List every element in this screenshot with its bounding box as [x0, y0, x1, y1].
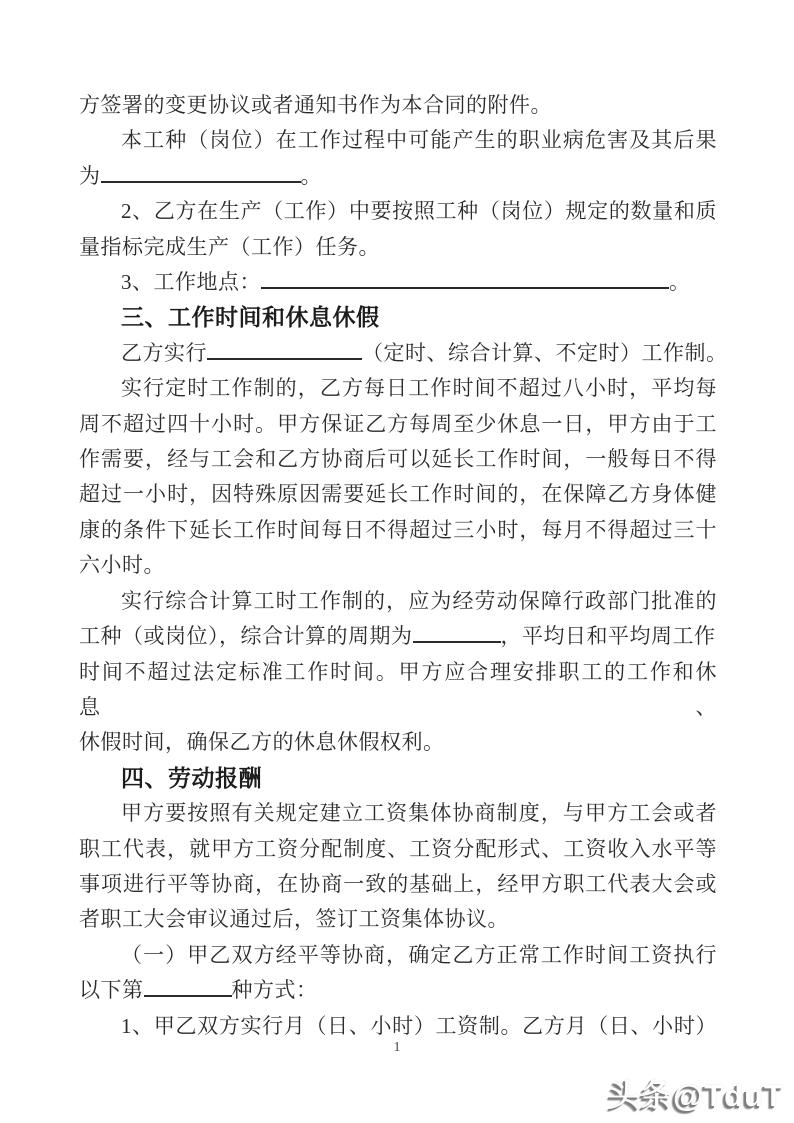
text-line: 周不超过四十小时。甲方保证乙方每周至少休息一日，甲方由于工 [79, 407, 717, 442]
page-number: 1 [0, 1040, 794, 1056]
text-line: 1、甲乙双方实行月（日、小时）工资制。乙方月（日、小时） [79, 1009, 717, 1044]
text-line: 3、工作地点：。 [79, 265, 717, 300]
text-segment: 超过一小时，因特殊原因需要延长工作时间的，在保障乙方身体健 [79, 482, 717, 506]
text-segment: ，平均日和平均周工作 [501, 624, 716, 648]
text-segment: 。 [669, 270, 691, 294]
text-segment: 量指标完成生产（工作）任务。 [79, 235, 380, 259]
contract-page: 方签署的变更协议或者通知书作为本合同的附件。本工种（岗位）在工作过程中可能产生的… [0, 0, 794, 1123]
text-segment: 休假时间，确保乙方的休息休假权利。 [79, 730, 445, 754]
text-line: 以下第种方式： [79, 973, 717, 1008]
text-line: 乙方实行（定时、综合计算、不定时）工作制。 [79, 336, 717, 371]
text-segment: 甲方要按照有关规定建立工资集体协商制度，与甲方工会或者 [121, 801, 717, 825]
blank-underline [207, 341, 362, 360]
text-segment: 本工种（岗位）在工作过程中可能产生的职业病危害及其后果 [121, 128, 717, 152]
text-line: （一）甲乙双方经平等协商，确定乙方正常工作时间工资执行 [79, 938, 717, 973]
text-line: 工种（或岗位），综合计算的周期为，平均日和平均周工作 [79, 619, 717, 654]
text-line: 职工代表，就甲方工资分配制度、工资分配形式、工资收入水平等 [79, 832, 717, 867]
text-segment: 康的条件下延长工作时间每日不得超过三小时，每月不得超过三十 [79, 518, 717, 542]
text-line: 实行定时工作制的，乙方每日工作时间不超过八小时，平均每 [79, 371, 717, 406]
text-segment: 四、劳动报酬 [121, 765, 262, 791]
text-line: 为。 [79, 159, 717, 194]
text-segment: 时间不超过法定标准工作时间。甲方应合理安排职工的工作和休息、 [79, 660, 717, 719]
text-segment: 者职工大会审议通过后，签订工资集体协议。 [79, 907, 509, 931]
text-segment: （一）甲乙双方经平等协商，确定乙方正常工作时间工资执行 [121, 943, 717, 967]
section-heading: 三、工作时间和休息休假 [79, 300, 717, 335]
text-line: 本工种（岗位）在工作过程中可能产生的职业病危害及其后果 [79, 123, 717, 158]
text-line: 者职工大会审议通过后，签订工资集体协议。 [79, 902, 717, 937]
text-line: 休假时间，确保乙方的休息休假权利。 [79, 725, 717, 760]
text-segment: 乙方实行 [121, 341, 207, 365]
text-line: 甲方要按照有关规定建立工资集体协商制度，与甲方工会或者 [79, 796, 717, 831]
text-line: 超过一小时，因特殊原因需要延长工作时间的，在保障乙方身体健 [79, 477, 717, 512]
text-line: 方签署的变更协议或者通知书作为本合同的附件。 [79, 88, 717, 123]
text-segment: 六小时。 [79, 553, 165, 577]
text-segment: 种方式： [232, 978, 318, 1002]
text-segment: 工种（或岗位），综合计算的周期为 [79, 624, 413, 648]
text-segment: 3、工作地点： [121, 270, 261, 294]
text-line: 2、乙方在生产（工作）中要按照工种（岗位）规定的数量和质 [79, 194, 717, 229]
blank-underline [413, 624, 501, 643]
text-line: 事项进行平等协商，在协商一致的基础上，经甲方职工代表大会或 [79, 867, 717, 902]
text-line: 作需要，经与工会和乙方协商后可以延长工作时间，一般每日不得 [79, 442, 717, 477]
text-segment: 周不超过四十小时。甲方保证乙方每周至少休息一日，甲方由于工 [79, 412, 717, 436]
text-segment: 实行定时工作制的，乙方每日工作时间不超过八小时，平均每 [121, 376, 717, 400]
blank-underline [144, 978, 232, 997]
text-segment: 为 [79, 164, 101, 188]
text-segment: 以下第 [79, 978, 144, 1002]
text-line: 量指标完成生产（工作）任务。 [79, 230, 717, 265]
document-body: 方签署的变更协议或者通知书作为本合同的附件。本工种（岗位）在工作过程中可能产生的… [79, 88, 717, 1044]
text-segment: 作需要，经与工会和乙方协商后可以延长工作时间，一般每日不得 [79, 447, 717, 471]
section-heading: 四、劳动报酬 [79, 761, 717, 796]
blank-underline [261, 270, 669, 289]
text-line: 时间不超过法定标准工作时间。甲方应合理安排职工的工作和休息、 [79, 655, 717, 726]
text-segment: 职工代表，就甲方工资分配制度、工资分配形式、工资收入水平等 [79, 837, 717, 861]
text-segment: 方签署的变更协议或者通知书作为本合同的附件。 [79, 93, 552, 117]
text-segment: 事项进行平等协商，在协商一致的基础上，经甲方职工代表大会或 [79, 872, 717, 896]
text-segment: 三、工作时间和休息休假 [121, 304, 380, 330]
text-segment: （定时、综合计算、不定时）工作制。 [362, 341, 728, 365]
text-segment: 。 [301, 164, 323, 188]
text-line: 康的条件下延长工作时间每日不得超过三小时，每月不得超过三十 [79, 513, 717, 548]
watermark: 头条@TduT [609, 1070, 784, 1115]
blank-underline [101, 164, 301, 183]
text-line: 实行综合计算工时工作制的，应为经劳动保障行政部门批准的 [79, 584, 717, 619]
text-line: 六小时。 [79, 548, 717, 583]
text-segment: 实行综合计算工时工作制的，应为经劳动保障行政部门批准的 [121, 589, 717, 613]
text-segment: 1、甲乙双方实行月（日、小时）工资制。乙方月（日、小时） [121, 1014, 717, 1038]
text-segment: 2、乙方在生产（工作）中要按照工种（岗位）规定的数量和质 [121, 199, 717, 223]
